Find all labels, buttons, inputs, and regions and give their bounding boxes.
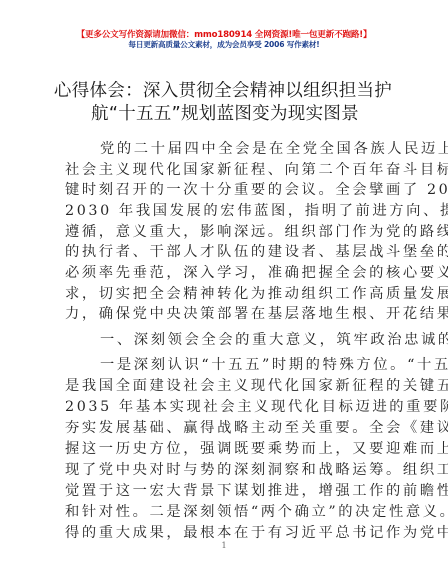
body-line: 键时刻召开的一次十分重要的会议。全会擘画了 2026 到 <box>65 180 448 201</box>
document-page: 【更多公文写作资源请加微信：mmo180914 全网资源!唯一包更新不跑路!】 … <box>0 0 448 580</box>
body-line: 必须率先垂范，深入学习，准确把握全会的核心要义和实践要 <box>65 263 448 284</box>
body-line: 一是深刻认识“十五五”时期的特殊方位。“十五五”时期 <box>100 355 448 376</box>
body-line: 遵循，意义重大，影响深远。组织部门作为党的路线方针政策 <box>65 222 448 243</box>
body-line: 党的二十届四中全会是在全党全国各族人民迈上全面建设 <box>100 139 448 160</box>
promo-banner-line1: 【更多公文写作资源请加微信：mmo180914 全网资源!唯一包更新不跑路!】 <box>0 30 448 40</box>
body-line: 2035 年基本实现社会主义现代化目标迈进的重要阶段，对于 <box>65 397 448 418</box>
body-line: 觉置于这一宏大背景下谋划推进，增强工作的前瞻性、系统性 <box>65 481 448 502</box>
body-line: 社会主义现代化国家新征程、向第二个百年奋斗目标进军的关 <box>65 160 448 181</box>
document-title-line2: 航“十五五”规划蓝图变为现实图景 <box>1 103 448 126</box>
promo-banner-line2: 每日更新高质量公文素材，成为会员享受 2006 写作素材! <box>0 40 448 49</box>
page-number: 1 <box>0 541 448 550</box>
body-line: 2030 年我国发展的宏伟蓝图，指明了前进方向、提供了根本 <box>65 201 448 222</box>
body-line: 的执行者、干部人才队伍的建设者、基层战斗堡垒的筑造者， <box>65 242 448 263</box>
document-title-line1: 心得体会：深入贯彻全会精神以组织担当护 <box>0 80 447 103</box>
body-line: 夯实发展基础、赢得战略主动至关重要。全会《建议》准确把 <box>65 418 448 439</box>
body-line: 和针对性。二是深刻领悟“两个确立”的决定性意义。全会取 <box>65 502 448 523</box>
body-line: 现了党中央对时与势的深刻洞察和战略运筹。组织工作必须自 <box>65 460 448 481</box>
body-line: 是我国全面建设社会主义现代化国家新征程的关键五年，是向 <box>65 376 448 397</box>
body-line: 力，确保党中央决策部署在基层落地生根、开花结果。 <box>65 304 448 325</box>
body-line: 求，切实把全会精神转化为推动组织工作高质量发展的强大动 <box>65 284 448 305</box>
section-heading: 一、深刻领会全会的重大意义，筑牢政治忠诚的思想根基 <box>100 330 448 351</box>
body-line: 握这一历史方位，强调既要乘势而上，又要迎难而上，充分体 <box>65 439 448 460</box>
